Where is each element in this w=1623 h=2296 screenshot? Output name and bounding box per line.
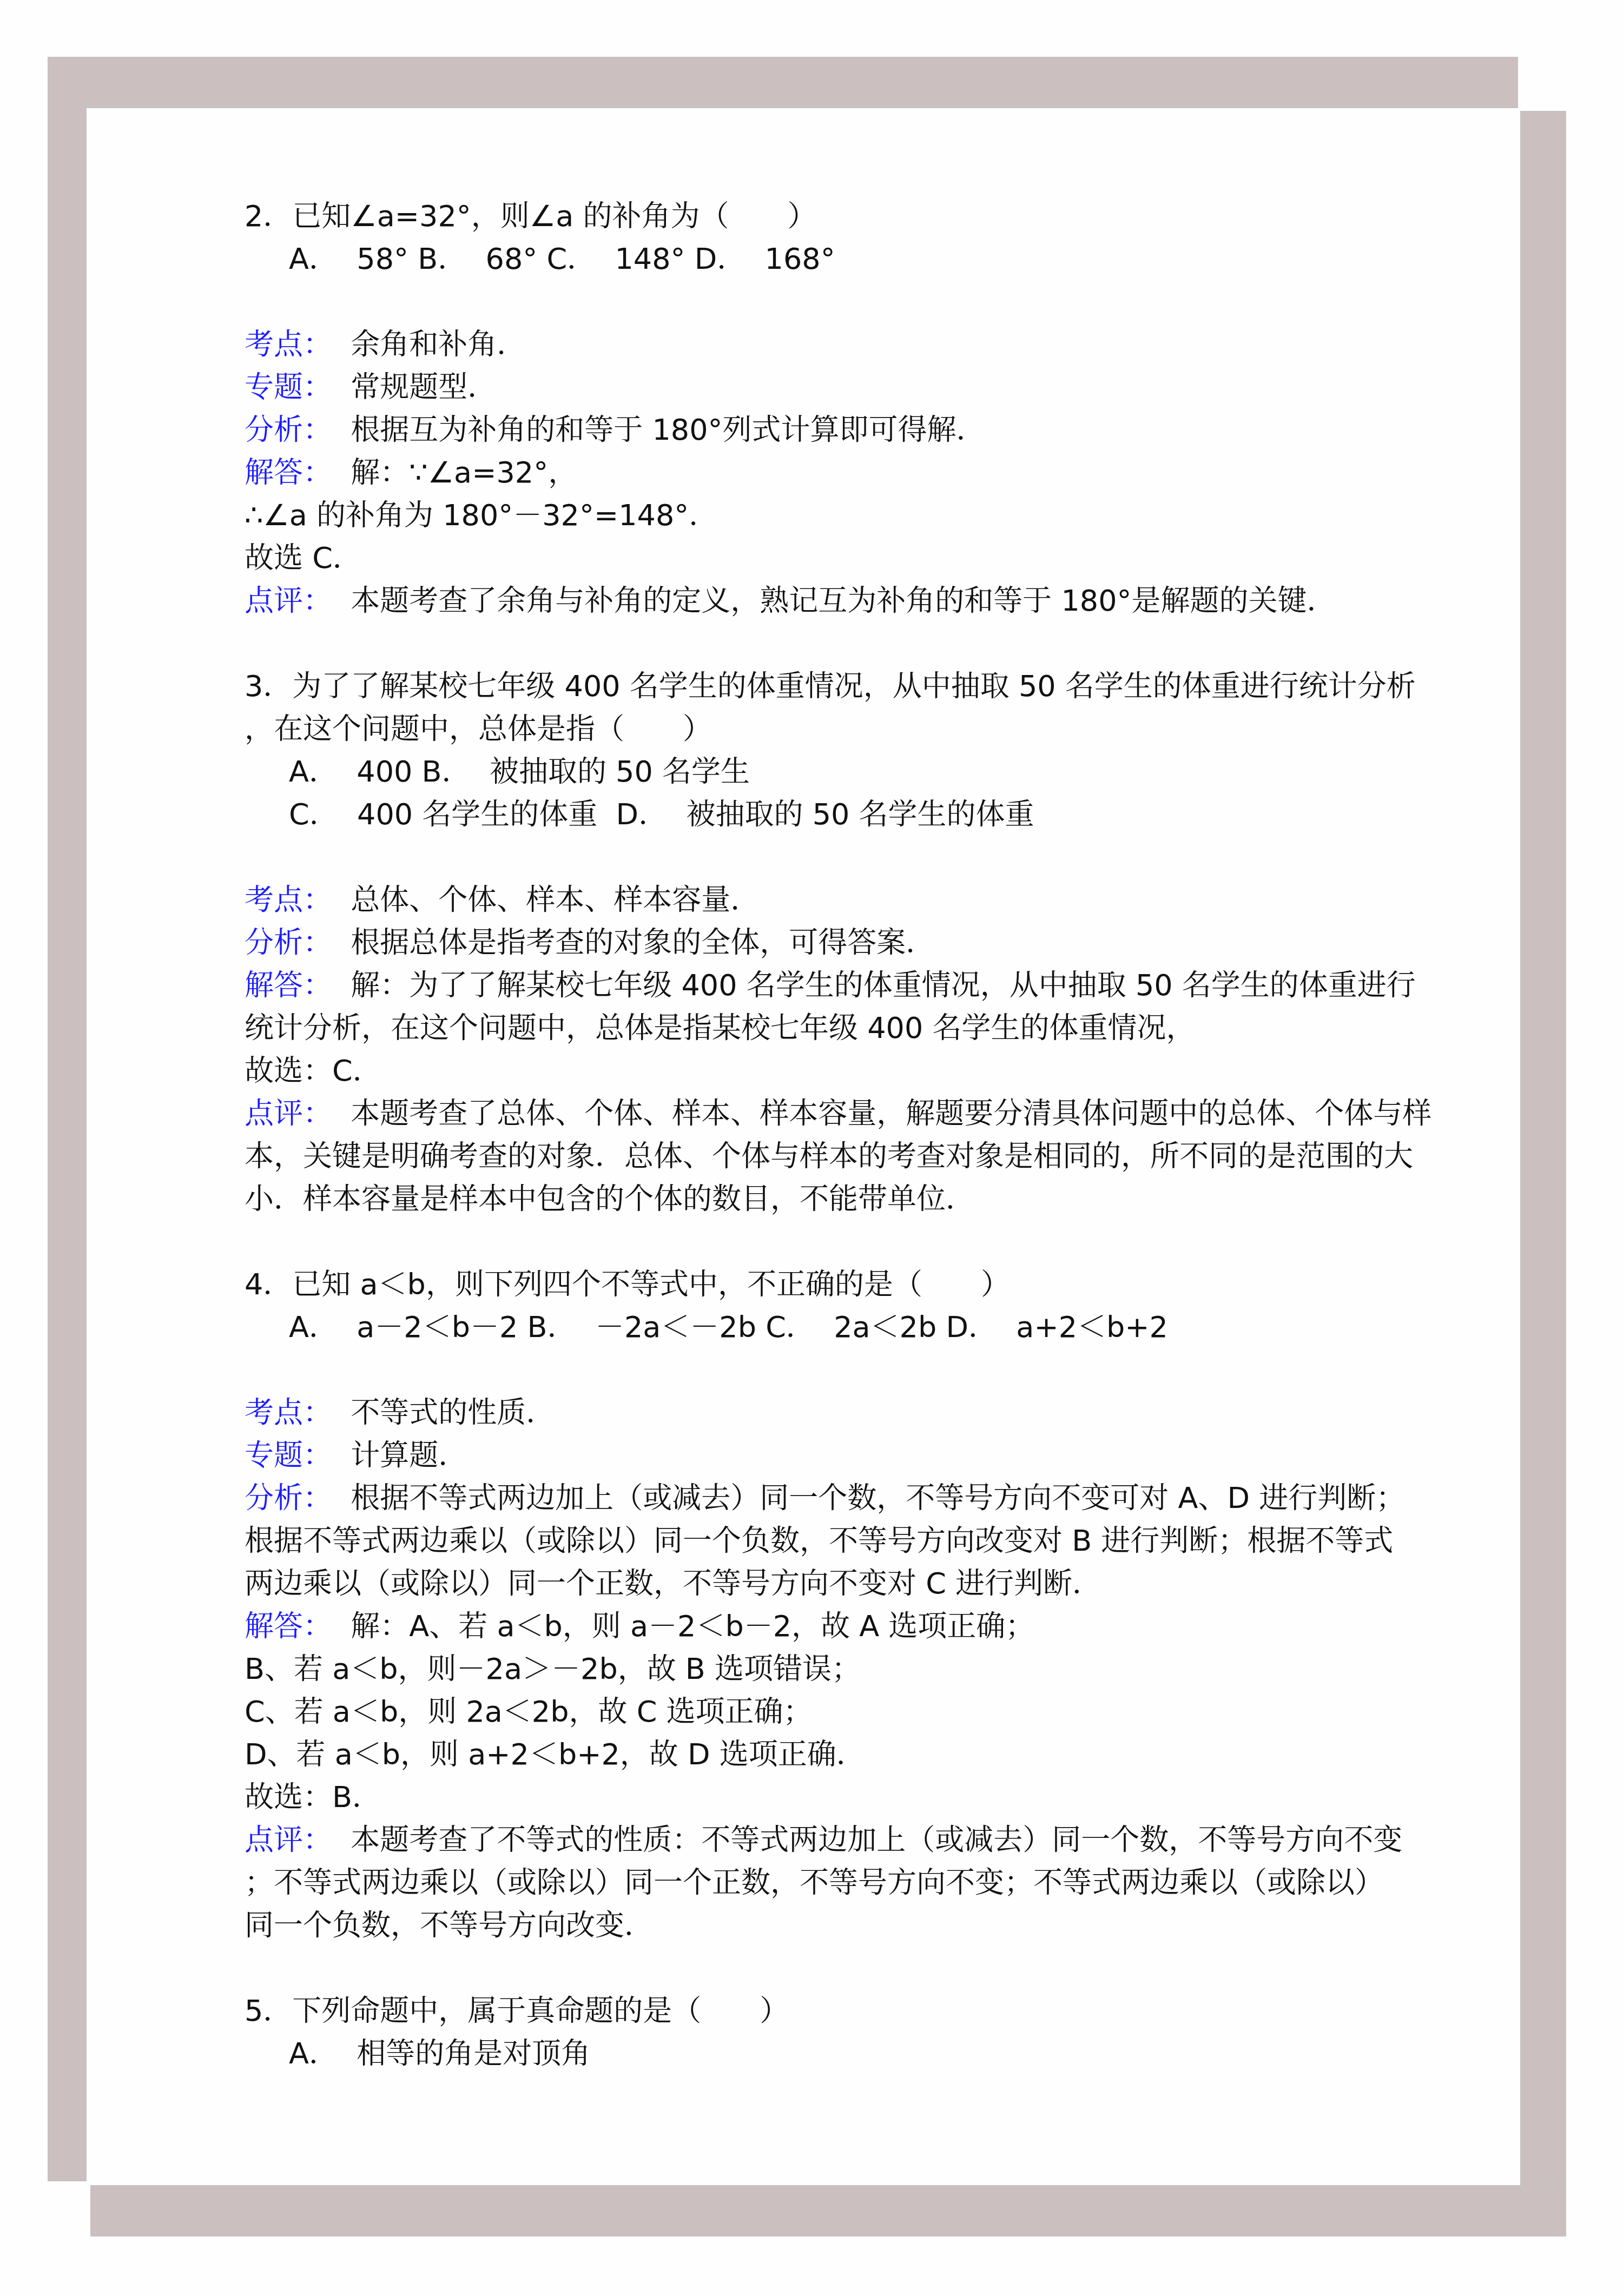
label-kaodian: 考点： [245,327,332,361]
fenxi-text: 根据总体是指考查的对象的全体，可得答案． [332,925,935,960]
question-options: A． a－2＜b－2 B． －2a＜－2b C． 2a＜2b D． a+2＜b+… [245,1306,1391,1348]
fenxi-line: 两边乘以（或除以）同一个正数，不等号方向不变对 C 进行判断． [245,1562,1391,1605]
label-fenxi: 分析： [245,1481,332,1515]
label-dianping: 点评： [245,584,332,618]
document-page: 2．已知∠a=32°，则∠a 的补角为（ ） A． 58° B． 68° C． … [87,108,1520,2185]
kaodian-text: 余角和补角． [332,327,526,361]
answer-line: 故选 C． [245,537,1391,579]
frame-top-band [48,57,1518,108]
question-options: C． 400 名学生的体重 D． 被抽取的 50 名学生的体重 [245,793,1391,836]
frame-bottom-band [90,2185,1566,2237]
frame-left-band [48,57,87,2181]
label-kaodian: 考点： [245,883,332,917]
jieda-line: ∴∠a 的补角为 180°－32°=148°． [245,494,1391,537]
zhuanti-text: 计算题． [332,1438,467,1472]
question-stem: 3．为了了解某校七年级 400 名学生的体重情况，从中抽取 50 名学生的体重进… [245,665,1391,707]
jieda-line: B、若 a＜b，则－2a＞－2b，故 B 选项错误； [245,1647,1391,1690]
dianping-line: 本，关键是明确考查的对象．总体、个体与样本的考查对象是相同的，所不同的是范围的大 [245,1135,1391,1177]
dianping-line: ；不等式两边乘以（或除以）同一个正数，不等号方向不变；不等式两边乘以（或除以） [245,1861,1391,1904]
question-stem: 2．已知∠a=32°，则∠a 的补角为（ ） [245,195,1391,237]
question-options: A． 58° B． 68° C． 148° D． 168° [245,237,1391,280]
answer-line: 故选：B． [245,1776,1391,1818]
label-fenxi: 分析： [245,925,332,960]
dianping-text: 本题考查了不等式的性质：不等式两边加上（或减去）同一个数，不等号方向不变 [332,1823,1402,1857]
question-options: A． 相等的角是对顶角 [245,2032,1391,2075]
jieda-text: 解：为了了解某校七年级 400 名学生的体重情况，从中抽取 50 名学生的体重进… [332,968,1416,1002]
jieda-line: C、若 a＜b，则 2a＜2b，故 C 选项正确； [245,1690,1391,1733]
label-jieda: 解答： [245,1609,332,1643]
label-fenxi: 分析： [245,413,332,447]
label-zhuanti: 专题： [245,370,332,404]
document-content: 2．已知∠a=32°，则∠a 的补角为（ ） A． 58° B． 68° C． … [245,195,1391,2075]
answer-line: 故选：C． [245,1049,1391,1092]
question-5: 5．下列命题中，属于真命题的是（ ） A． 相等的角是对顶角 [245,1989,1391,2075]
jieda-line: 统计分析，在这个问题中，总体是指某校七年级 400 名学生的体重情况， [245,1007,1391,1049]
fenxi-line: 根据不等式两边乘以（或除以）同一个负数，不等号方向改变对 B 进行判断；根据不等… [245,1519,1391,1562]
dianping-line: 同一个负数，不等号方向改变． [245,1904,1391,1947]
question-3: 3．为了了解某校七年级 400 名学生的体重情况，从中抽取 50 名学生的体重进… [245,665,1391,1220]
label-jieda: 解答： [245,455,332,489]
dianping-text: 本题考查了余角与补角的定义，熟记互为补角的和等于 180°是解题的关键． [332,584,1336,618]
zhuanti-text: 常规题型． [332,370,497,404]
jieda-line: D、若 a＜b，则 a+2＜b+2，故 D 选项正确． [245,1733,1391,1776]
jieda-text: 解：A、若 a＜b，则 a－2＜b－2，故 A 选项正确； [332,1609,1034,1643]
frame-right-band [1520,111,1566,2237]
question-stem-cont: ，在这个问题中，总体是指（ ） [245,707,1391,750]
kaodian-text: 总体、个体、样本、样本容量． [332,883,760,917]
fenxi-text: 根据互为补角的和等于 180°列式计算即可得解． [332,413,986,447]
question-options: A． 400 B． 被抽取的 50 名学生 [245,750,1391,793]
question-stem: 5．下列命题中，属于真命题的是（ ） [245,1989,1391,2032]
label-zhuanti: 专题： [245,1438,332,1472]
question-stem: 4．已知 a＜b，则下列四个不等式中，不正确的是（ ） [245,1263,1391,1306]
jieda-text: 解：∵∠a=32°， [332,455,577,489]
label-dianping: 点评： [245,1823,332,1857]
label-kaodian: 考点： [245,1395,332,1430]
fenxi-text: 根据不等式两边加上（或减去）同一个数，不等号方向不变可对 A、D 进行判断； [332,1481,1405,1515]
question-4: 4．已知 a＜b，则下列四个不等式中，不正确的是（ ） A． a－2＜b－2 B… [245,1263,1391,1947]
dianping-text: 本题考查了总体、个体、样本、样本容量，解题要分清具体问题中的总体、个体与样 [332,1096,1431,1130]
label-dianping: 点评： [245,1096,332,1130]
kaodian-text: 不等式的性质． [332,1395,555,1430]
question-2: 2．已知∠a=32°，则∠a 的补角为（ ） A． 58° B． 68° C． … [245,195,1391,622]
dianping-line: 小．样本容量是样本中包含的个体的数目，不能带单位． [245,1177,1391,1220]
label-jieda: 解答： [245,968,332,1002]
